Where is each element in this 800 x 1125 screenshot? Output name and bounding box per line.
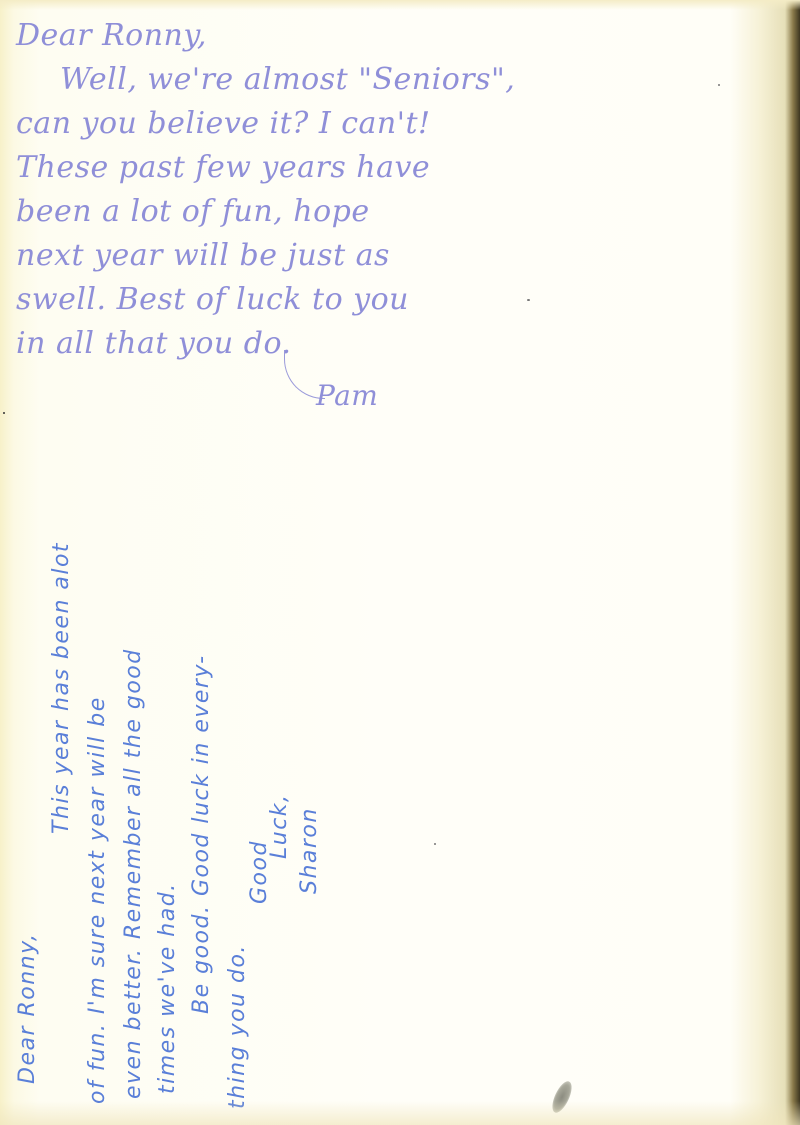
note-line: thing you do. xyxy=(226,944,250,1109)
note-from-pam: Dear Ronny, Well, we're almost "Seniors"… xyxy=(16,14,556,366)
paper-speck xyxy=(434,843,436,845)
note-line: swell. Best of luck to you xyxy=(16,278,556,322)
paper-speck xyxy=(718,84,720,86)
paper-speck xyxy=(527,299,530,301)
closing-luck: Luck, xyxy=(268,793,292,859)
note-line: times we've had. xyxy=(156,882,180,1094)
note-line: These past few years have xyxy=(16,146,556,190)
salutation: Dear Ronny, xyxy=(16,933,40,1084)
note-line: even better. Remember all the good xyxy=(122,648,146,1099)
note-line: been a lot of fun, hope xyxy=(16,190,556,234)
ink-smudge xyxy=(548,1079,575,1116)
paper-speck xyxy=(3,412,5,414)
note-line: Be good. Good luck in every- xyxy=(190,654,214,1014)
signature-pam: Pam xyxy=(316,374,378,418)
note-line: next year will be just as xyxy=(16,234,556,278)
note-line: Well, we're almost "Seniors", xyxy=(16,58,556,102)
note-line: of fun. I'm sure next year will be xyxy=(86,696,110,1104)
yearbook-page: Dear Ronny, Well, we're almost "Seniors"… xyxy=(0,0,800,1125)
salutation: Dear Ronny, xyxy=(16,14,556,58)
note-line: can you believe it? I can't! xyxy=(16,102,556,146)
note-line: This year has been alot xyxy=(50,542,74,834)
signature-sharon: Sharon xyxy=(298,807,322,894)
